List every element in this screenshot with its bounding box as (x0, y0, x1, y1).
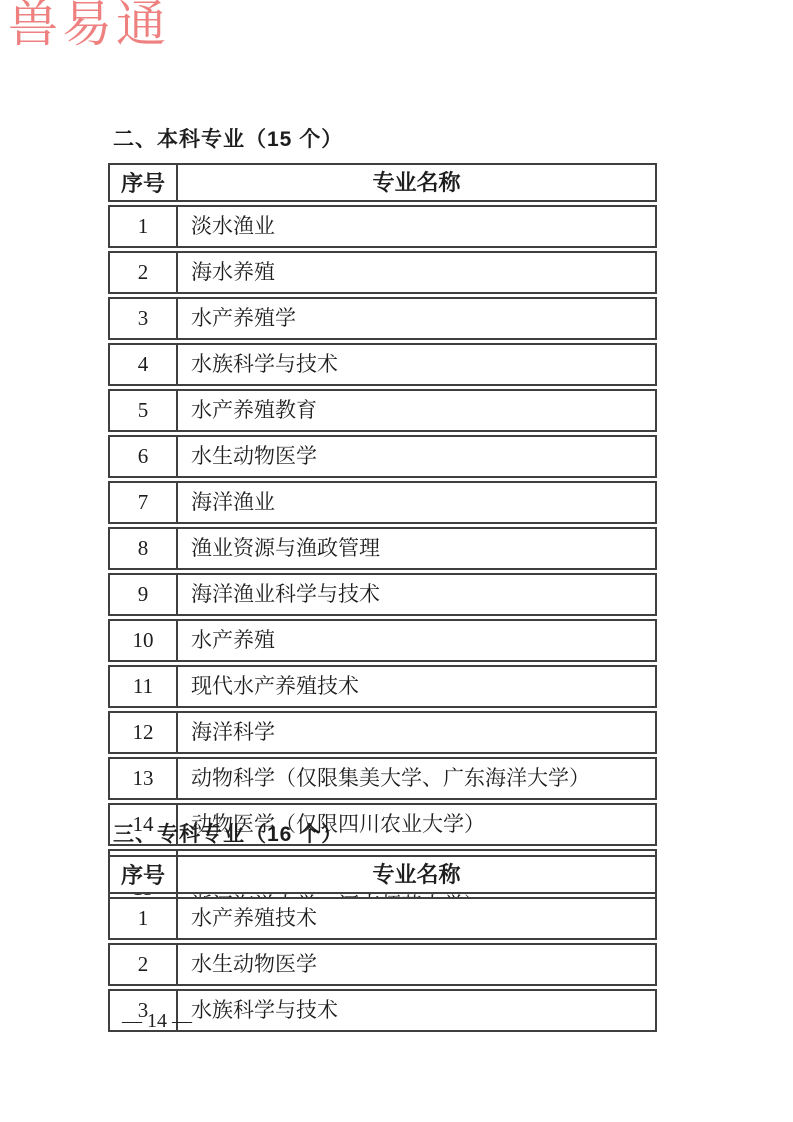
major-name-cell: 海洋渔业 (176, 483, 655, 522)
major-name-cell: 海水养殖 (176, 253, 655, 292)
major-name-cell: 水族科学与技术 (176, 345, 655, 384)
table-row: 8 渔业资源与渔政管理 (108, 527, 657, 570)
column-header-major-name: 专业名称 (176, 857, 655, 892)
row-number-cell: 9 (110, 575, 176, 614)
major-name-cell: 水产养殖 (176, 621, 655, 660)
row-number-cell: 8 (110, 529, 176, 568)
college-majors-table: 序号 专业名称 1 水产养殖技术 2 水生动物医学 3 水族科学与技术 (108, 855, 657, 1032)
major-name-cell: 渔业资源与渔政管理 (176, 529, 655, 568)
row-number-cell: 6 (110, 437, 176, 476)
row-number-cell: 3 (110, 299, 176, 338)
table-row: 1 淡水渔业 (108, 205, 657, 248)
major-name-cell: 水产养殖技术 (176, 899, 655, 938)
major-name-cell: 动物科学（仅限集美大学、广东海洋大学） (176, 759, 655, 798)
table-row: 12 海洋科学 (108, 711, 657, 754)
row-number-cell: 10 (110, 621, 176, 660)
major-name-cell: 水生动物医学 (176, 945, 655, 984)
watermark-logo: 兽易通 (8, 0, 170, 54)
column-header-number: 序号 (110, 857, 176, 892)
row-number-cell: 2 (110, 253, 176, 292)
major-name-cell: 水族科学与技术 (176, 991, 655, 1030)
table-row: 2 水生动物医学 (108, 943, 657, 986)
row-number-cell: 7 (110, 483, 176, 522)
table-row: 2 海水养殖 (108, 251, 657, 294)
table-row: 7 海洋渔业 (108, 481, 657, 524)
major-name-cell: 淡水渔业 (176, 207, 655, 246)
row-number-cell: 13 (110, 759, 176, 798)
table-row: 11 现代水产养殖技术 (108, 665, 657, 708)
column-header-major-name: 专业名称 (176, 165, 655, 200)
table-row: 1 水产养殖技术 (108, 897, 657, 940)
table-row: 6 水生动物医学 (108, 435, 657, 478)
table-row: 9 海洋渔业科学与技术 (108, 573, 657, 616)
row-number-cell: 1 (110, 899, 176, 938)
major-name-cell: 水产养殖学 (176, 299, 655, 338)
undergraduate-majors-table: 序号 专业名称 1 淡水渔业 2 海水养殖 3 水产养殖学 4 水族科学与技术 … (108, 163, 657, 927)
table-row: 3 水产养殖学 (108, 297, 657, 340)
row-number-cell: 4 (110, 345, 176, 384)
major-name-cell: 海洋渔业科学与技术 (176, 575, 655, 614)
table-header-row: 序号 专业名称 (108, 163, 657, 202)
row-number-cell: 11 (110, 667, 176, 706)
major-name-cell: 现代水产养殖技术 (176, 667, 655, 706)
table-row: 10 水产养殖 (108, 619, 657, 662)
table-row: 4 水族科学与技术 (108, 343, 657, 386)
major-name-cell: 海洋科学 (176, 713, 655, 752)
major-name-cell: 水产养殖教育 (176, 391, 655, 430)
row-number-cell: 2 (110, 945, 176, 984)
row-number-cell: 5 (110, 391, 176, 430)
page-number: — 14 — (122, 1010, 192, 1033)
section-heading-college: 三、专科专业（16 个） (113, 822, 343, 848)
major-name-cell: 水生动物医学 (176, 437, 655, 476)
table-row: 13 动物科学（仅限集美大学、广东海洋大学） (108, 757, 657, 800)
document-page: 兽易通 二、本科专业（15 个） 序号 专业名称 1 淡水渔业 2 海水养殖 3… (0, 0, 793, 1122)
row-number-cell: 12 (110, 713, 176, 752)
section-heading-undergraduate: 二、本科专业（15 个） (113, 127, 343, 153)
table-header-row: 序号 专业名称 (108, 855, 657, 894)
table-row: 5 水产养殖教育 (108, 389, 657, 432)
column-header-number: 序号 (110, 165, 176, 200)
row-number-cell: 1 (110, 207, 176, 246)
